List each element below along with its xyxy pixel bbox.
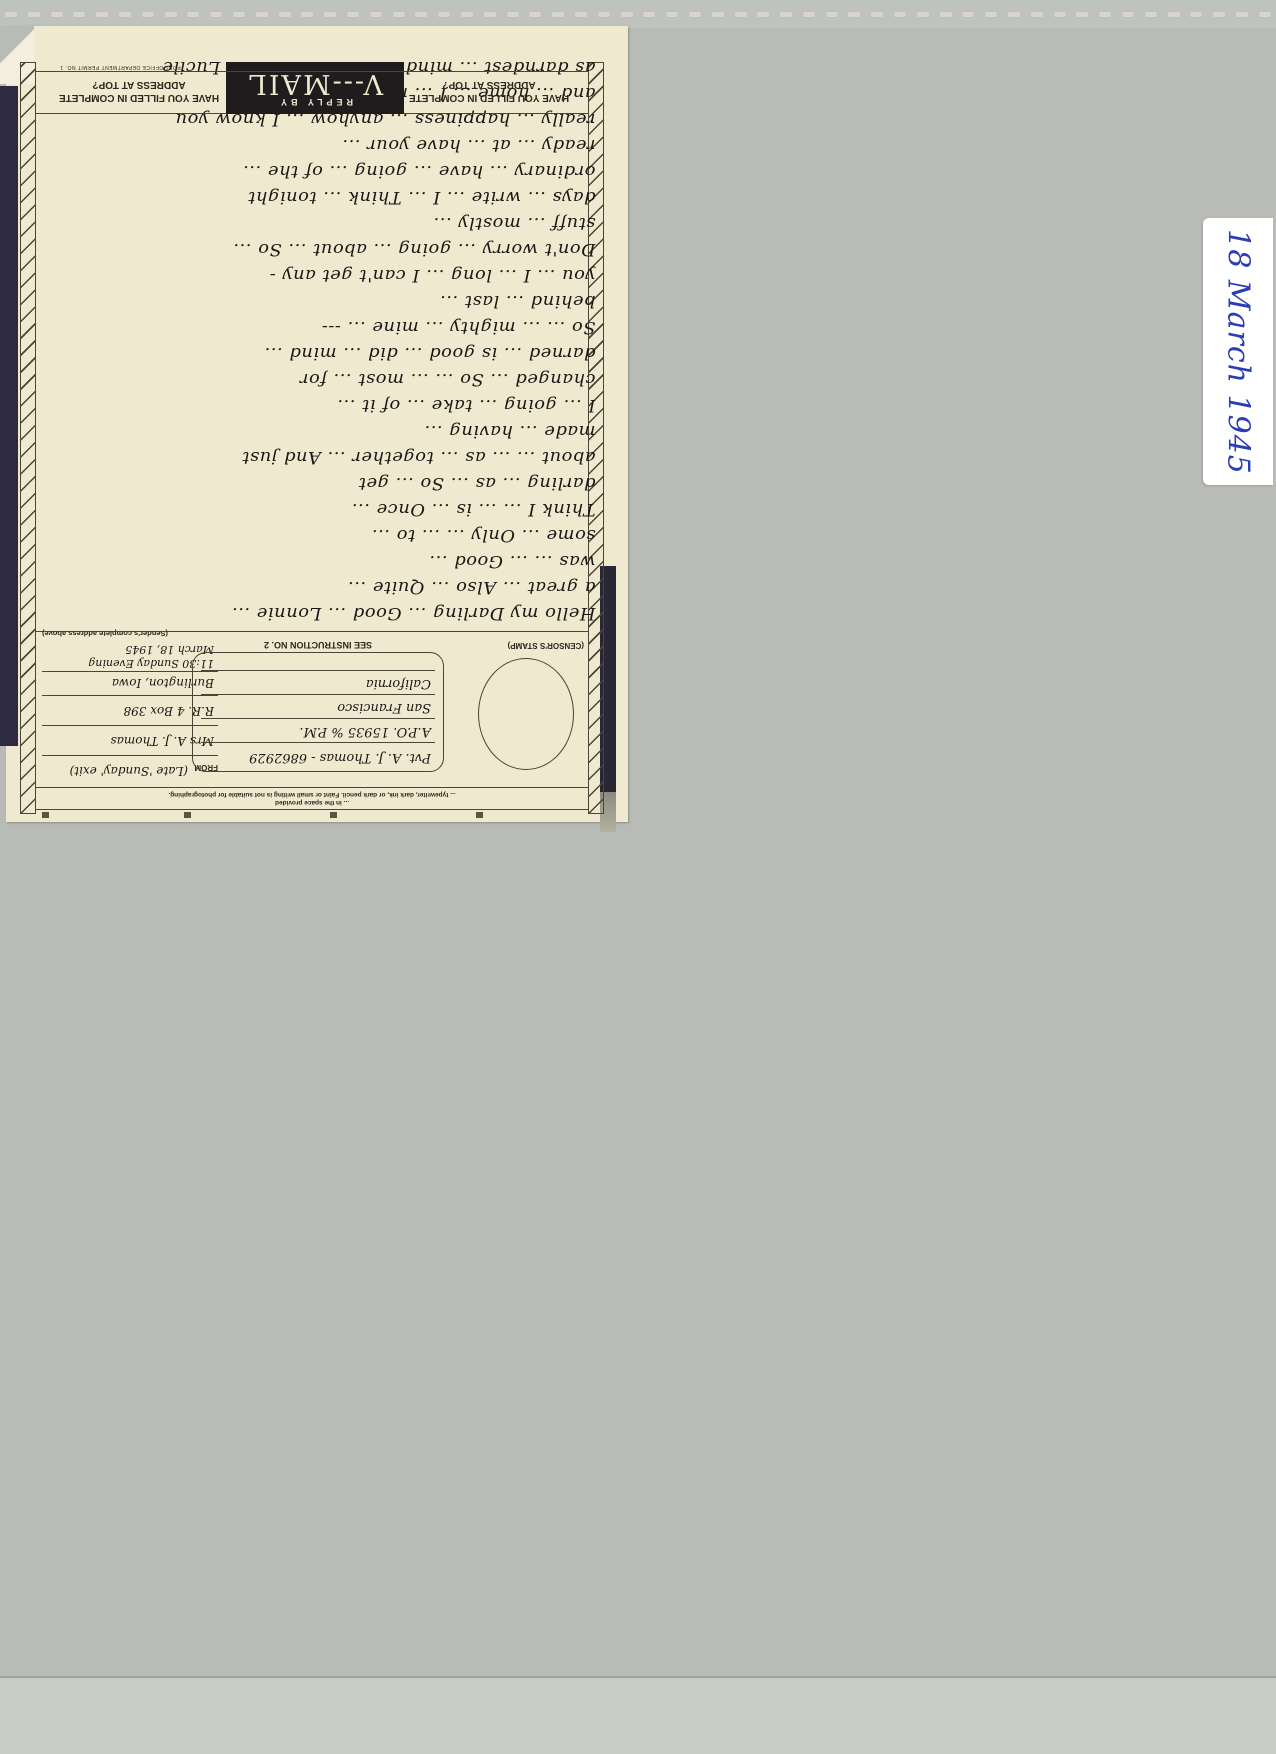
perforation-hole — [688, 11, 702, 18]
perforation-hole — [483, 11, 497, 18]
perforation-hole — [369, 11, 383, 18]
perforation-hole — [802, 11, 816, 18]
letter-line: changed ... So ... ... most ... for — [29, 366, 596, 392]
mark — [42, 812, 49, 818]
perforation-hole — [825, 11, 839, 18]
perforation-hole — [551, 11, 565, 18]
perforation-hole — [642, 11, 656, 18]
letter-line: made ... having ... — [29, 418, 596, 444]
perforation-hole — [27, 11, 41, 18]
letter-line: I ... going ... take ... of it ... — [29, 392, 596, 418]
from-date: March 18, 1945 — [44, 643, 214, 656]
vmail-header: REPLY BY V---MAIL — [226, 62, 404, 114]
binder-perforations — [4, 11, 1272, 19]
perforation-hole — [392, 11, 406, 18]
vmail-title: V---MAIL — [247, 69, 383, 97]
form-rule — [36, 787, 588, 788]
letter-line: ready ... at ... have your ... — [29, 132, 596, 158]
perforation-hole — [1121, 11, 1135, 18]
see-instruction-label: SEE INSTRUCTION NO. 2 — [218, 640, 418, 650]
perforation-hole — [164, 11, 178, 18]
perforation-hole — [186, 11, 200, 18]
fineprint-line: ... typewriter, dark ink, or dark pencil… — [92, 790, 532, 798]
letter-line: a great ... Also ... Quite ... — [29, 574, 596, 600]
perforation-hole — [50, 11, 64, 18]
perforation-hole — [232, 11, 246, 18]
perforation-hole — [118, 11, 132, 18]
rule — [201, 742, 435, 743]
letter-line: behind ... last ... — [29, 288, 596, 314]
film-registration-marks — [36, 812, 456, 820]
vmail-letter: ... in the space provided ... typewriter… — [6, 26, 628, 822]
letter-line: you ... I ... long ... I can't get any - — [29, 262, 596, 288]
letter-line: stuff ... mostly ... — [29, 210, 596, 236]
perforation-hole — [847, 11, 861, 18]
perforation-hole — [779, 11, 793, 18]
perforation-hole — [300, 11, 314, 18]
letter-line: about ... ... as ... together ... And ju… — [29, 444, 596, 470]
perforation-hole — [141, 11, 155, 18]
rule — [201, 694, 435, 695]
from-line: (Late 'Sunday' exit) — [44, 764, 188, 778]
fineprint-line: ... in the space provided — [92, 798, 532, 806]
letter-line: darned ... is good ... did ... mind ... — [29, 340, 596, 366]
perforation-hole — [734, 11, 748, 18]
letter-line: Think I ... ... is ... Once ... — [29, 496, 596, 522]
perforation-hole — [574, 11, 588, 18]
perforation-hole — [1053, 11, 1067, 18]
perforation-hole — [1235, 11, 1249, 18]
letter-line: darling ... as ... So ... get — [29, 470, 596, 496]
perforation-hole — [437, 11, 451, 18]
scan-shadow-left — [0, 86, 18, 746]
letter-line: some ... Only ... ... to ... — [29, 522, 596, 548]
mark — [330, 812, 337, 818]
perforation-hole — [1189, 11, 1203, 18]
perforation-hole — [1075, 11, 1089, 18]
perforation-hole — [95, 11, 109, 18]
permit-notice: POST OFFICE DEPARTMENT PERMIT NO. 1 — [60, 64, 181, 70]
page-protector-top-edge — [0, 0, 1276, 28]
date-sticky-label: 18 March 1945 — [1203, 218, 1273, 485]
perforation-hole — [620, 11, 634, 18]
letter-line: Hello my Darling ... Good ... Lonnie ... — [29, 600, 596, 626]
address-reminder-right: HAVE YOU FILLED IN COMPLETE ADDRESS AT T… — [404, 78, 574, 104]
perforation-hole — [1007, 11, 1021, 18]
perforation-hole — [1144, 11, 1158, 18]
from-street: R.R. 4 Box 398 — [44, 704, 214, 718]
form-top-rule — [36, 809, 588, 810]
to-line-1: Pvt. A. J. Thomas - 6862929 — [203, 750, 431, 765]
vmail-form-upside-down: ... in the space provided ... typewriter… — [20, 62, 604, 814]
perforation-hole — [893, 11, 907, 18]
perforation-hole — [1167, 11, 1181, 18]
rule — [201, 718, 435, 719]
perforation-hole — [756, 11, 770, 18]
rule — [201, 670, 435, 671]
perforation-hole — [939, 11, 953, 18]
mark — [184, 812, 191, 818]
censor-stamp-circle — [478, 658, 574, 770]
perforation-hole — [665, 11, 679, 18]
perforation-hole — [1030, 11, 1044, 18]
perforation-hole — [870, 11, 884, 18]
perforation-hole — [1212, 11, 1226, 18]
perforation-hole — [984, 11, 998, 18]
letter-line: So ... ... mighty ... mine ... --- — [29, 314, 596, 340]
from-time: 11:30 Sunday Evening — [44, 657, 214, 670]
perforation-hole — [1098, 11, 1112, 18]
perforation-hole — [506, 11, 520, 18]
perforation-hole — [460, 11, 474, 18]
to-address-box: Pvt. A. J. Thomas - 6862929 A.P.O. 15935… — [192, 652, 444, 772]
form-rule — [36, 71, 588, 72]
perforation-hole — [1258, 11, 1272, 18]
handwritten-letter: Hello my Darling ... Good ... Lonnie ...… — [42, 126, 582, 626]
perforation-hole — [711, 11, 725, 18]
page-protector-bottom-edge — [0, 1676, 1276, 1754]
censor-stamp-label: (CENSOR'S STAMP) — [508, 641, 584, 650]
perforation-hole — [278, 11, 292, 18]
form-rule — [36, 631, 588, 632]
instructions-fineprint: ... in the space provided ... typewriter… — [92, 790, 532, 806]
mark — [476, 812, 483, 818]
perforation-hole — [255, 11, 269, 18]
letter-line: days ... write ... I ... Think ... tonig… — [29, 184, 596, 210]
date-label-text: 18 March 1945 — [1221, 229, 1256, 475]
perforation-hole — [4, 11, 18, 18]
perforation-hole — [72, 11, 86, 18]
perforation-hole — [597, 11, 611, 18]
perforation-hole — [528, 11, 542, 18]
perforation-hole — [323, 11, 337, 18]
to-line-4: California — [203, 676, 431, 691]
perforation-hole — [414, 11, 428, 18]
to-line-2: A.P.O. 15935 % P.M. — [203, 724, 431, 739]
perforation-hole — [961, 11, 975, 18]
from-city: Burlington, Iowa — [44, 676, 214, 690]
letter-line: was ... ... Good ... — [29, 548, 596, 574]
perforation-hole — [209, 11, 223, 18]
letter-line: ordinary ... have ... going ... of the .… — [29, 158, 596, 184]
perforation-hole — [346, 11, 360, 18]
to-line-3: San Francisco — [203, 700, 431, 715]
from-name: Mrs A. J. Thomas — [44, 734, 214, 748]
address-reminder-left: HAVE YOU FILLED IN COMPLETE ADDRESS AT T… — [54, 78, 224, 104]
perforation-hole — [916, 11, 930, 18]
letter-line: Don't worry ... going ... about ... So .… — [29, 236, 596, 262]
